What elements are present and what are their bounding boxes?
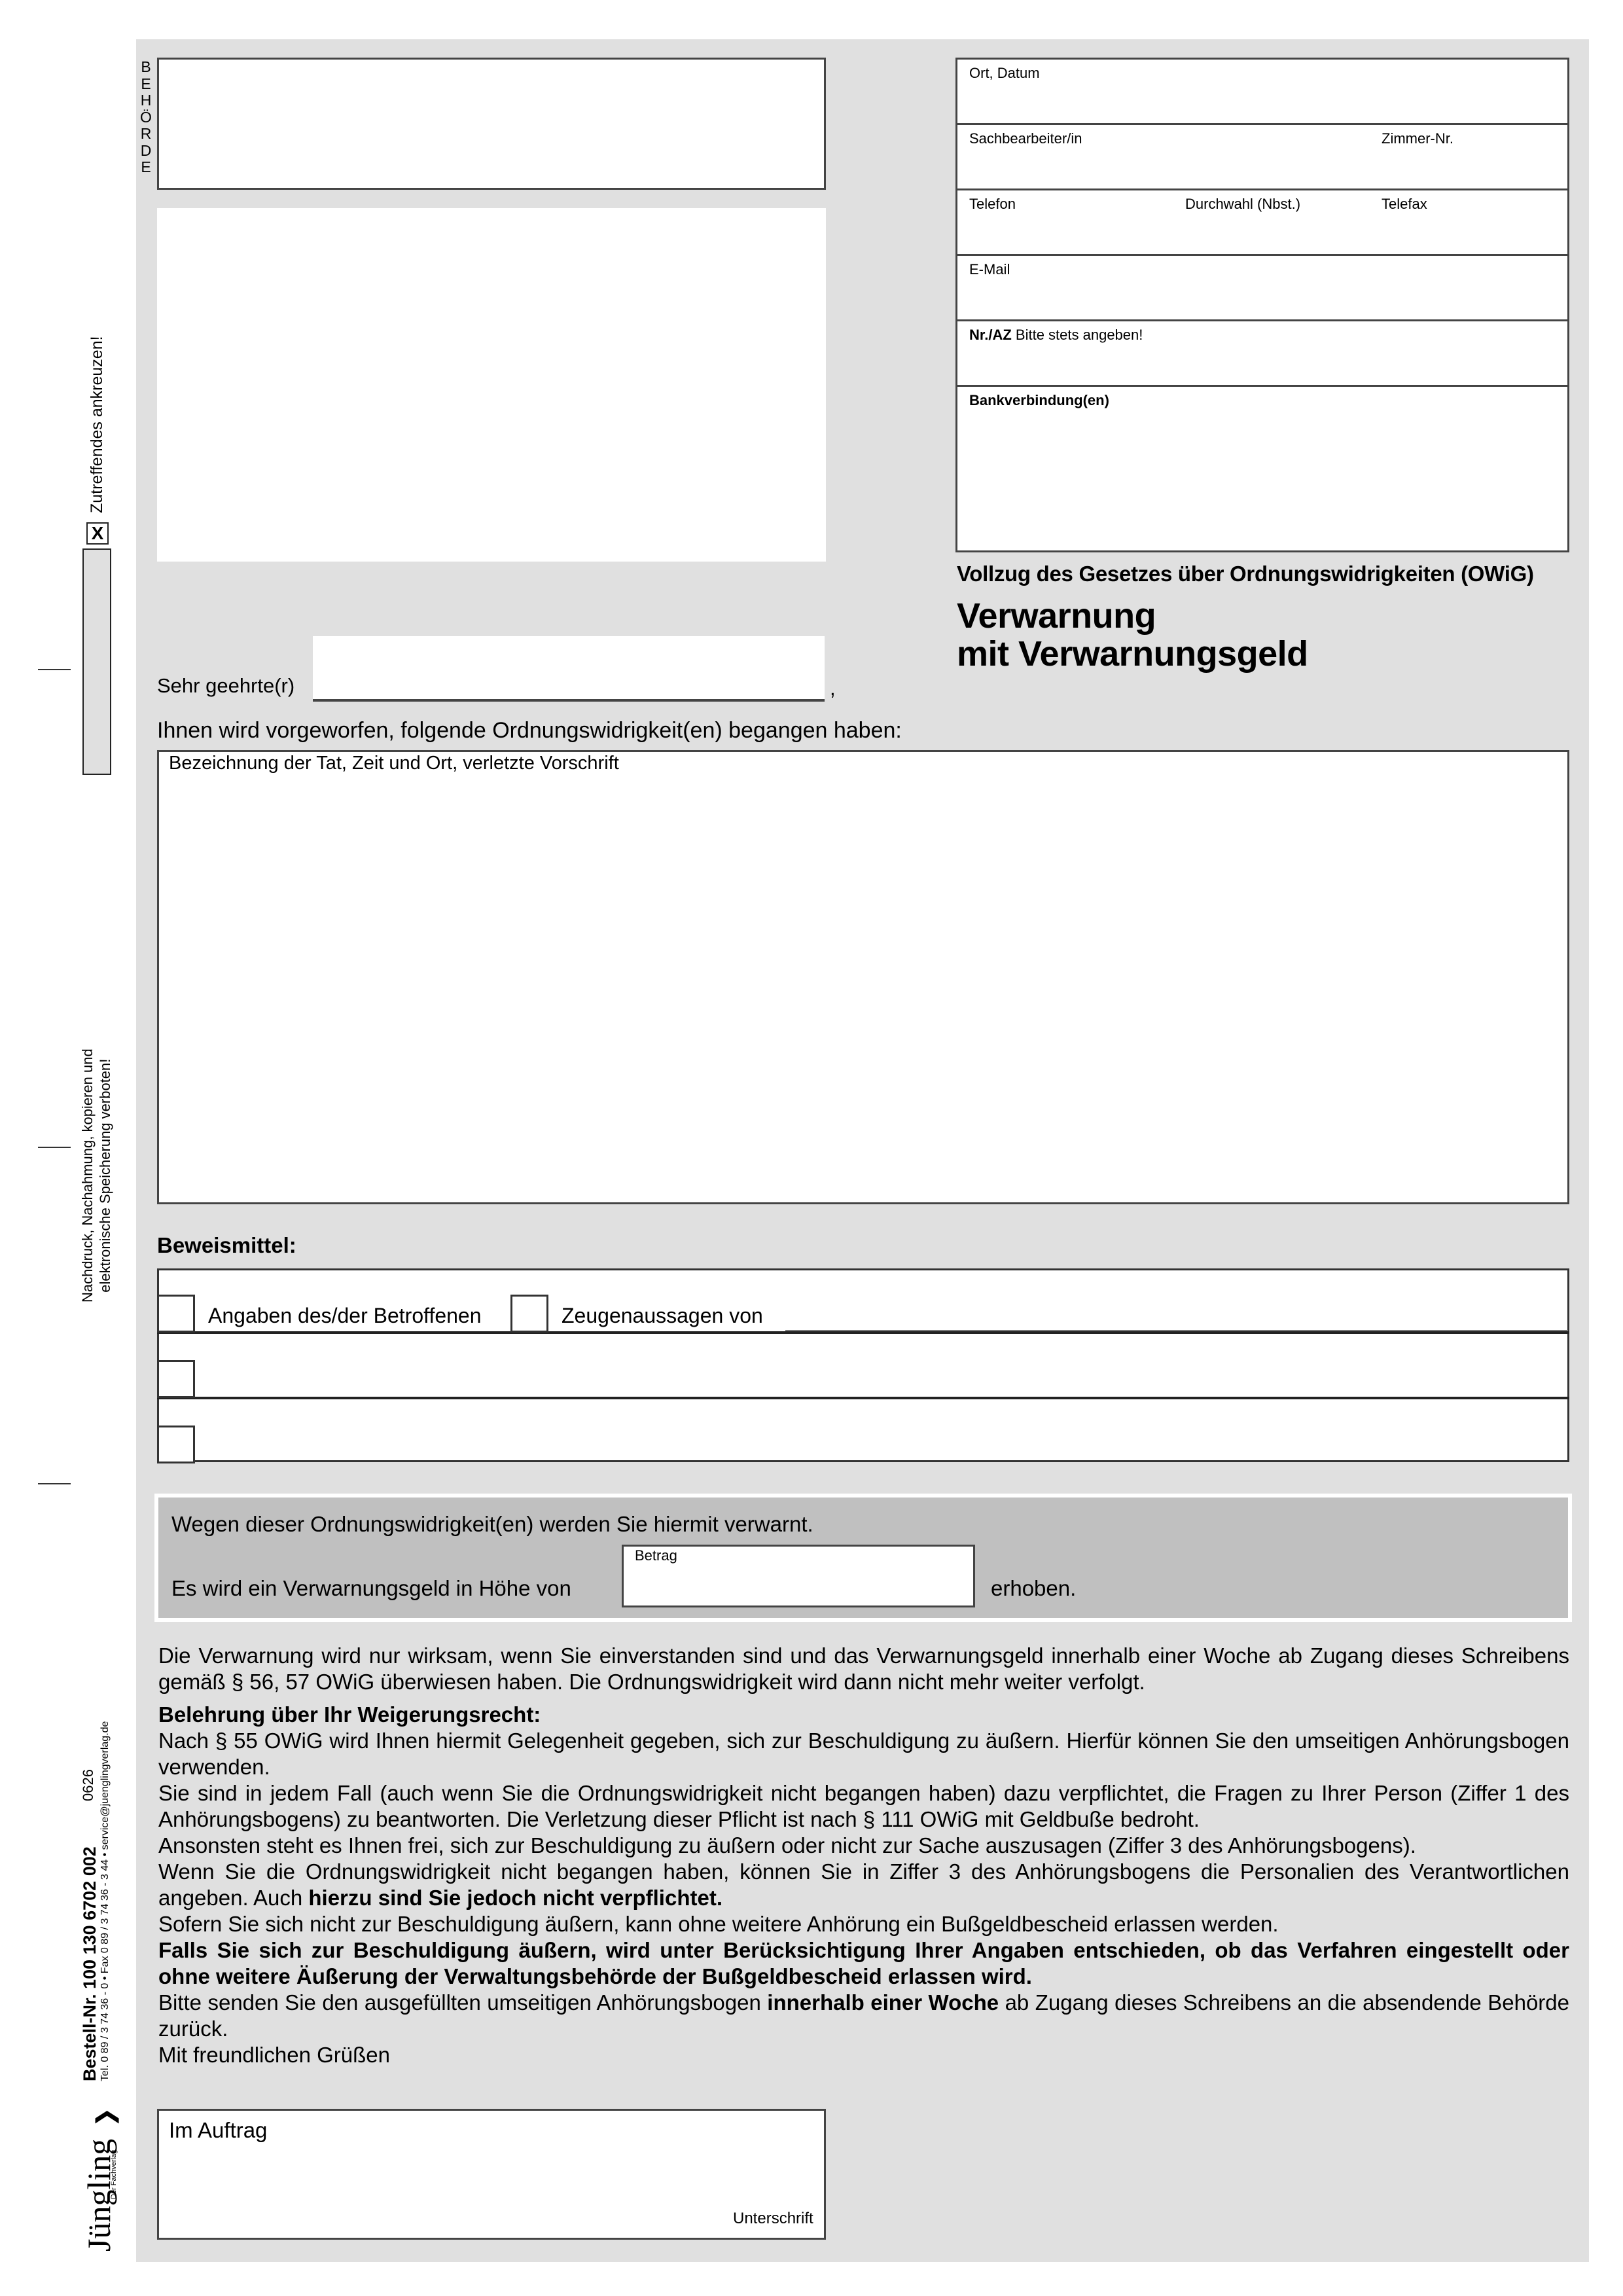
hint-frame [82, 548, 111, 775]
belehrung-title-text: Belehrung über Ihr Weigerungsrecht: [158, 1702, 541, 1727]
signature-sublabel: Unterschrift [733, 2210, 813, 2228]
p7-bold: Falls Sie sich zur Beschuldigung äußern,… [158, 1938, 1569, 1988]
info-panel: Ort, Datum Sachbearbeiter/in Zimmer-Nr. … [955, 58, 1569, 552]
letter: B [139, 59, 153, 76]
salutation-label: Sehr geehrte(r) [157, 674, 294, 698]
warning-line2-suffix: erhoben. [991, 1576, 1076, 1601]
evidence-checkbox-betroffene[interactable] [157, 1295, 195, 1333]
aktenzeichen-label: Nr./AZ Bitte stets angeben! [969, 327, 1143, 344]
notice-paragraph: Wenn Sie die Ordnungswidrigkeit nicht be… [158, 1859, 1569, 1911]
p5-bold: hierzu sind Sie jedoch nicht verpflichte… [308, 1886, 722, 1910]
bank-row[interactable]: Bankverbindung(en) [957, 387, 1567, 550]
check-mark-icon: X [86, 522, 109, 545]
evidence-option-label: Angaben des/der Betroffenen [208, 1304, 482, 1328]
letter: E [139, 159, 153, 176]
legal-notice: Die Verwarnung wird nur wirksam, wenn Si… [158, 1643, 1569, 2068]
fold-mark [38, 669, 71, 670]
notice-paragraph: Sie sind in jedem Fall (auch wenn Sie di… [158, 1780, 1569, 1833]
aktenzeichen-row[interactable]: Nr./AZ Bitte stets angeben! [957, 321, 1567, 387]
letter: Ö [139, 109, 153, 126]
salutation-name-field[interactable] [313, 636, 825, 702]
letter: E [139, 76, 153, 93]
email-row[interactable]: E-Mail [957, 256, 1567, 321]
warning-line1: Wegen dieser Ordnungswidrigkeit(en) werd… [171, 1512, 813, 1537]
az-bold: Nr./AZ [969, 327, 1012, 343]
ort-datum-row[interactable]: Ort, Datum [957, 60, 1567, 125]
notice-paragraph: Die Verwarnung wird nur wirksam, wenn Si… [158, 1643, 1569, 1695]
evidence-title: Beweismittel: [157, 1233, 296, 1258]
form-title-line1: Verwarnung [957, 597, 1308, 635]
telefon-label: Telefon [969, 196, 1016, 213]
telefax-label: Telefax [1382, 196, 1427, 213]
behoerde-label: B E H Ö R D E [139, 59, 153, 176]
evidence-checkbox-zeugen[interactable] [510, 1295, 548, 1333]
hint-text: Zutreffendes ankreuzen! [88, 336, 107, 513]
telefon-row[interactable]: Telefon Durchwahl (Nbst.) Telefax [957, 190, 1567, 256]
recipient-address-field[interactable] [157, 208, 826, 562]
notice-paragraph: Ansonsten steht es Ihnen frei, sich zur … [158, 1833, 1569, 1859]
notice-paragraph: Falls Sie sich zur Beschuldigung äußern,… [158, 1937, 1569, 1990]
publisher-contact: Tel. 0 89 / 3 74 36 - 0 • Fax 0 89 / 3 7… [99, 1721, 111, 2081]
belehrung-title: Belehrung über Ihr Weigerungsrecht: [158, 1702, 1569, 1728]
evidence-table [157, 1268, 1569, 1462]
evidence-checkbox-other-1[interactable] [157, 1360, 195, 1398]
letter: H [139, 92, 153, 109]
signature-label: Im Auftrag [169, 2118, 267, 2143]
sachbearbeiter-row[interactable]: Sachbearbeiter/in Zimmer-Nr. [957, 125, 1567, 190]
offense-intro: Ihnen wird vorgeworfen, folgende Ordnung… [157, 718, 902, 744]
fold-mark [38, 1147, 71, 1148]
form-title: Verwarnung mit Verwarnungsgeld [957, 597, 1308, 673]
form-subtitle: Vollzug des Gesetzes über Ordnungswidrig… [957, 562, 1534, 586]
p8-text-a: Bitte senden Sie den ausgefüllten umseit… [158, 1990, 767, 2015]
ort-datum-label: Ort, Datum [969, 65, 1040, 82]
copyright-line2: elektronische Speicherung verboten! [96, 1049, 114, 1302]
form-title-line2: mit Verwarnungsgeld [957, 635, 1308, 673]
closing: Mit freundlichen Grüßen [158, 2042, 1569, 2068]
bank-label: Bankverbindung(en) [969, 392, 1109, 409]
notice-paragraph: Nach § 55 OWiG wird Ihnen hiermit Gelege… [158, 1728, 1569, 1780]
sachbearbeiter-label: Sachbearbeiter/in [969, 130, 1082, 147]
az-hint: Bitte stets angeben! [1012, 327, 1143, 343]
order-number: Bestell-Nr. 100 130 6702 002 [80, 1846, 100, 2081]
evidence-divider [157, 1331, 1569, 1334]
notice-paragraph: Bitte senden Sie den ausgefüllten umseit… [158, 1990, 1569, 2042]
punch-mark [38, 1483, 71, 1484]
warning-line2-prefix: Es wird ein Verwarnungsgeld in Höhe von [171, 1576, 571, 1601]
form-code: 0626 [80, 1769, 97, 1801]
durchwahl-label: Durchwahl (Nbst.) [1185, 196, 1300, 213]
zeugen-underline [785, 1330, 1568, 1331]
publisher-tagline: Der Fachverlag [110, 2150, 118, 2199]
behoerde-field[interactable] [157, 58, 826, 190]
evidence-checkbox-other-2[interactable] [157, 1426, 195, 1463]
notice-paragraph: Sofern Sie sich nicht zur Beschuldigung … [158, 1911, 1569, 1937]
offense-description-field[interactable] [157, 750, 1569, 1204]
evidence-divider [157, 1397, 1569, 1399]
letter: R [139, 126, 153, 143]
letter: D [139, 143, 153, 160]
salutation-comma: , [830, 677, 836, 700]
copyright-notice: Nachdruck, Nachahmung, kopieren und elek… [79, 1049, 114, 1302]
amount-label: Betrag [635, 1547, 677, 1564]
publisher-logo-mark-icon: ❯ [92, 2108, 119, 2127]
p8-bold: innerhalb einer Woche [767, 1990, 999, 2015]
offense-field-label: Bezeichnung der Tat, Zeit und Ort, verle… [169, 753, 619, 774]
email-label: E-Mail [969, 261, 1010, 278]
zimmer-label: Zimmer-Nr. [1382, 130, 1454, 147]
evidence-option-label: Zeugenaussagen von [562, 1304, 763, 1328]
copyright-line1: Nachdruck, Nachahmung, kopieren und [79, 1049, 96, 1302]
